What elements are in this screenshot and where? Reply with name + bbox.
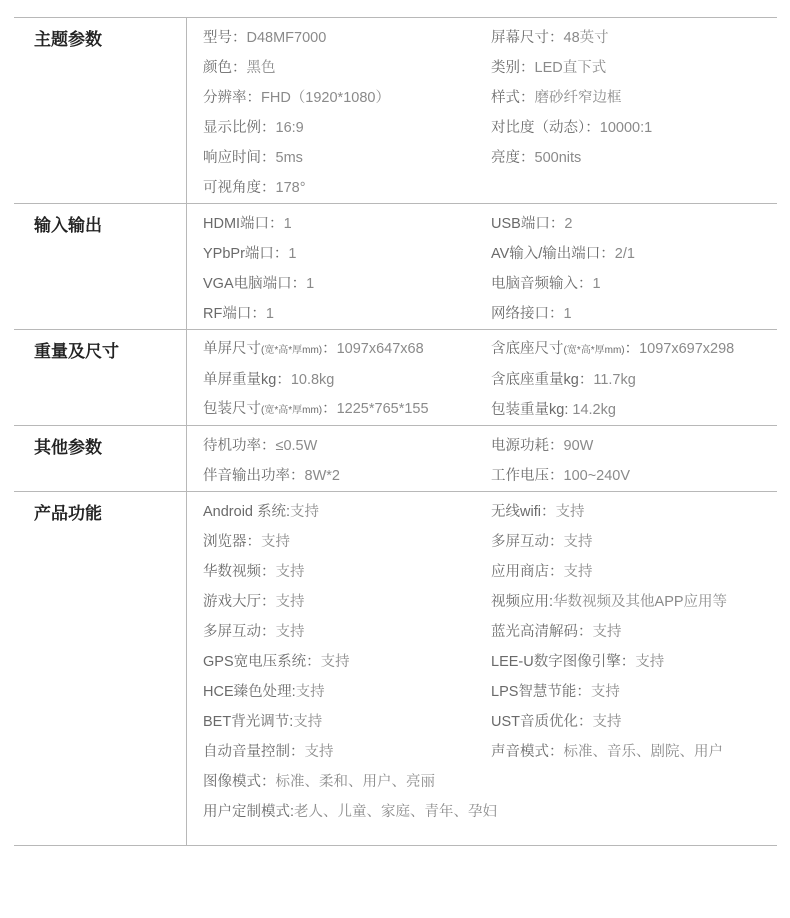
spec-value: 1 — [593, 276, 601, 292]
spec-row: BET背光调节:支持UST音质优化：支持 — [203, 707, 777, 737]
section-body: HDMI端口：1USB端口：2YPbPr端口：1AV输入/输出端口：2/1VGA… — [187, 204, 777, 329]
section-title: 输入输出 — [14, 204, 187, 329]
spec-label: 屏幕尺寸： — [491, 30, 564, 46]
spec-label: 无线wifi： — [491, 504, 555, 520]
spec-row: 响应时间：5ms亮度：500nits — [203, 143, 777, 173]
spec-label: HDMI端口： — [203, 216, 284, 232]
spec-label: 单屏重量kg： — [203, 372, 291, 388]
section-title: 其他参数 — [14, 426, 187, 491]
spec-row: 可视角度：178° — [203, 173, 777, 203]
spec-label: 自动音量控制： — [203, 744, 305, 760]
spec-item: BET背光调节:支持 — [203, 712, 491, 732]
spec-label: 包装重量kg: — [491, 402, 572, 418]
spec-row: RF端口：1网络接口：1 — [203, 299, 777, 329]
spec-item: 屏幕尺寸：48英寸 — [491, 28, 777, 48]
spec-row: VGA电脑端口：1电脑音频输入：1 — [203, 269, 777, 299]
spec-label: YPbPr端口： — [203, 246, 288, 262]
spec-item: 响应时间：5ms — [203, 148, 491, 168]
spec-item: 可视角度：178° — [203, 178, 491, 198]
spec-item: YPbPr端口：1 — [203, 244, 491, 264]
spec-row: 单屏尺寸(宽*高*厚mm)：1097x647x68含底座尺寸(宽*高*厚mm)：… — [203, 335, 777, 365]
spec-label: 电源功耗： — [491, 438, 564, 454]
spec-label-colon: ： — [322, 341, 337, 357]
spec-label: 用户定制模式: — [203, 804, 294, 820]
spec-item: 样式：磨砂纤窄边框 — [491, 88, 777, 108]
spec-value: 2/1 — [615, 246, 635, 262]
spec-value: 标准、音乐、剧院、用户 — [564, 744, 724, 760]
spec-item: 自动音量控制：支持 — [203, 742, 491, 762]
spec-item: HCE臻色处理:支持 — [203, 682, 491, 702]
spec-label: 颜色： — [203, 60, 247, 76]
spec-label-colon: ： — [625, 341, 640, 357]
spec-label: LPS智慧节能： — [491, 684, 591, 700]
spec-item: 应用商店：支持 — [491, 562, 777, 582]
spec-section: 输入输出HDMI端口：1USB端口：2YPbPr端口：1AV输入/输出端口：2/… — [14, 204, 777, 330]
spec-value: 1225*765*155 — [337, 401, 429, 417]
spec-item: 待机功率：≤0.5W — [203, 436, 491, 456]
spec-item: USB端口：2 — [491, 214, 777, 234]
spec-item: 电源功耗：90W — [491, 436, 777, 456]
spec-label: HCE臻色处理: — [203, 684, 296, 700]
spec-value: 90W — [564, 438, 594, 454]
spec-row: GPS宽电压系统：支持LEE-U数字图像引擎：支持 — [203, 647, 777, 677]
spec-value: 支持 — [276, 564, 305, 580]
spec-row: 图像模式：标准、柔和、用户、亮丽 — [203, 767, 777, 797]
spec-item: 声音模式：标准、音乐、剧院、用户 — [491, 742, 777, 762]
spec-label: 蓝光高清解码： — [491, 624, 593, 640]
spec-item: 包装重量kg: 14.2kg — [491, 400, 777, 420]
spec-label: 多屏互动： — [491, 534, 564, 550]
spec-row: 华数视频：支持应用商店：支持 — [203, 557, 777, 587]
spec-value: 支持 — [290, 504, 319, 520]
spec-item: 电脑音频输入：1 — [491, 274, 777, 294]
spec-value: 支持 — [305, 744, 334, 760]
spec-item: 包装尺寸(宽*高*厚mm)：1225*765*155 — [203, 399, 491, 421]
spec-label-unit: (宽*高*厚mm) — [261, 345, 322, 356]
spec-row: 显示比例：16:9对比度（动态）：10000:1 — [203, 113, 777, 143]
spec-item: 多屏互动：支持 — [203, 622, 491, 642]
spec-value: 178° — [276, 180, 306, 196]
spec-label: 可视角度： — [203, 180, 276, 196]
spec-row: 待机功率：≤0.5W电源功耗：90W — [203, 431, 777, 461]
spec-item: LPS智慧节能：支持 — [491, 682, 777, 702]
spec-value: 1 — [306, 276, 314, 292]
spec-value: 48英寸 — [564, 30, 609, 46]
spec-label-unit: (宽*高*厚mm) — [261, 405, 322, 416]
spec-label: 电脑音频输入： — [491, 276, 593, 292]
spec-value: 5ms — [276, 150, 303, 166]
spec-label: AV输入/输出端口： — [491, 246, 615, 262]
spec-item: 视频应用:华数视频及其他APP应用等 — [491, 592, 777, 612]
spec-label: UST音质优化： — [491, 714, 593, 730]
spec-value: 16:9 — [276, 120, 304, 136]
spec-item: 网络接口：1 — [491, 304, 777, 324]
spec-label: USB端口： — [491, 216, 564, 232]
spec-label: 包装尺寸 — [203, 401, 261, 417]
spec-section: 主题参数型号：D48MF7000屏幕尺寸：48英寸颜色：黑色类别：LED直下式分… — [14, 18, 777, 204]
spec-item: 单屏尺寸(宽*高*厚mm)：1097x647x68 — [203, 339, 491, 361]
spec-label: 多屏互动： — [203, 624, 276, 640]
spec-value: FHD（1920*1080） — [261, 90, 390, 106]
spec-value: 磨砂纤窄边框 — [535, 90, 622, 106]
spec-value: 支持 — [635, 654, 664, 670]
spec-item: 无线wifi：支持 — [491, 502, 777, 522]
section-title: 产品功能 — [14, 492, 187, 845]
section-body: Android 系统:支持无线wifi：支持浏览器：支持多屏互动：支持华数视频：… — [187, 492, 777, 845]
spec-item: AV输入/输出端口：2/1 — [491, 244, 777, 264]
spec-value: 支持 — [555, 504, 584, 520]
spec-row: 用户定制模式:老人、儿童、家庭、青年、孕妇 — [203, 797, 777, 827]
spec-item: RF端口：1 — [203, 304, 491, 324]
spec-item: 分辨率：FHD（1920*1080） — [203, 88, 491, 108]
spec-value: 支持 — [564, 534, 593, 550]
spec-row: 游戏大厅：支持视频应用:华数视频及其他APP应用等 — [203, 587, 777, 617]
spec-section: 其他参数待机功率：≤0.5W电源功耗：90W伴音输出功率：8W*2工作电压：10… — [14, 426, 777, 492]
spec-value: 1 — [288, 246, 296, 262]
spec-item: LEE-U数字图像引擎：支持 — [491, 652, 777, 672]
spec-value: 10.8kg — [291, 372, 335, 388]
spec-item: 亮度：500nits — [491, 148, 777, 168]
spec-value: 10000:1 — [600, 120, 652, 136]
spec-label: 亮度： — [491, 150, 535, 166]
spec-item: 颜色：黑色 — [203, 58, 491, 78]
spec-row: HCE臻色处理:支持 LPS智慧节能：支持 — [203, 677, 777, 707]
spec-label: 游戏大厅： — [203, 594, 276, 610]
spec-label: 网络接口： — [491, 306, 564, 322]
section-title: 主题参数 — [14, 18, 187, 203]
spec-label: LEE-U数字图像引擎： — [491, 654, 635, 670]
spec-value: 500nits — [535, 150, 582, 166]
spec-item: HDMI端口：1 — [203, 214, 491, 234]
spec-value: 支持 — [276, 594, 305, 610]
spec-item: 游戏大厅：支持 — [203, 592, 491, 612]
spec-item: Android 系统:支持 — [203, 502, 491, 522]
spec-section: 产品功能Android 系统:支持无线wifi：支持浏览器：支持多屏互动：支持华… — [14, 492, 777, 846]
spec-row: YPbPr端口：1AV输入/输出端口：2/1 — [203, 239, 777, 269]
spec-value: 老人、儿童、家庭、青年、孕妇 — [294, 804, 497, 820]
spec-value: 支持 — [321, 654, 350, 670]
spec-label: RF端口： — [203, 306, 266, 322]
spec-value: 支持 — [261, 534, 290, 550]
spec-label: 视频应用: — [491, 594, 553, 610]
spec-item: 多屏互动：支持 — [491, 532, 777, 552]
spec-item: VGA电脑端口：1 — [203, 274, 491, 294]
spec-label: GPS宽电压系统： — [203, 654, 321, 670]
spec-label: 分辨率： — [203, 90, 261, 106]
spec-value: D48MF7000 — [247, 30, 327, 46]
spec-label: 声音模式： — [491, 744, 564, 760]
spec-value: 支持 — [593, 714, 622, 730]
spec-label: 工作电压： — [491, 468, 564, 484]
spec-value: 1 — [564, 306, 572, 322]
section-body: 单屏尺寸(宽*高*厚mm)：1097x647x68含底座尺寸(宽*高*厚mm)：… — [187, 330, 777, 425]
spec-value: 100~240V — [564, 468, 631, 484]
spec-section: 重量及尺寸单屏尺寸(宽*高*厚mm)：1097x647x68含底座尺寸(宽*高*… — [14, 330, 777, 426]
spec-value: 11.7kg — [593, 372, 635, 388]
spec-value: 标准、柔和、用户、亮丽 — [276, 774, 436, 790]
spec-item: 含底座重量kg：11.7kg — [491, 370, 777, 390]
spec-row: HDMI端口：1USB端口：2 — [203, 209, 777, 239]
spec-value: 1097x647x68 — [337, 341, 424, 357]
spec-value: LED直下式 — [535, 60, 607, 76]
spec-label: 单屏尺寸 — [203, 341, 261, 357]
section-title: 重量及尺寸 — [14, 330, 187, 425]
spec-item: 蓝光高清解码：支持 — [491, 622, 777, 642]
spec-label: 显示比例： — [203, 120, 276, 136]
spec-table: 主题参数型号：D48MF7000屏幕尺寸：48英寸颜色：黑色类别：LED直下式分… — [14, 17, 777, 846]
spec-value: 支持 — [276, 624, 305, 640]
spec-value: 2 — [564, 216, 572, 232]
spec-item: 类别：LED直下式 — [491, 58, 777, 78]
spec-label: 含底座重量kg： — [491, 372, 593, 388]
spec-item: 图像模式：标准、柔和、用户、亮丽 — [203, 772, 491, 792]
spec-value: 1 — [284, 216, 292, 232]
spec-row: 浏览器：支持多屏互动：支持 — [203, 527, 777, 557]
spec-item: GPS宽电压系统：支持 — [203, 652, 491, 672]
spec-label: VGA电脑端口： — [203, 276, 306, 292]
spec-label-colon: ： — [322, 401, 337, 417]
spec-label: 含底座尺寸 — [491, 341, 564, 357]
spec-label-unit: (宽*高*厚mm) — [564, 345, 625, 356]
spec-item: 型号：D48MF7000 — [203, 28, 491, 48]
spec-label: 图像模式： — [203, 774, 276, 790]
spec-row: 单屏重量kg：10.8kg 含底座重量kg：11.7kg — [203, 365, 777, 395]
spec-row: Android 系统:支持无线wifi：支持 — [203, 497, 777, 527]
spec-item: 单屏重量kg：10.8kg — [203, 370, 491, 390]
spec-label: 类别： — [491, 60, 535, 76]
spec-item: 浏览器：支持 — [203, 532, 491, 552]
spec-row: 型号：D48MF7000屏幕尺寸：48英寸 — [203, 23, 777, 53]
spec-value: 支持 — [564, 564, 593, 580]
spec-label: 型号： — [203, 30, 247, 46]
spec-label: 浏览器： — [203, 534, 261, 550]
spec-value: 支持 — [593, 624, 622, 640]
spec-item: 含底座尺寸(宽*高*厚mm)：1097x697x298 — [491, 339, 777, 361]
spec-value: ≤0.5W — [276, 438, 318, 454]
spec-item: 工作电压：100~240V — [491, 466, 777, 486]
spec-row: 颜色：黑色类别：LED直下式 — [203, 53, 777, 83]
spec-row: 分辨率：FHD（1920*1080）样式：磨砂纤窄边框 — [203, 83, 777, 113]
spec-row: 包装尺寸(宽*高*厚mm)：1225*765*155包装重量kg: 14.2kg — [203, 395, 777, 425]
spec-label: 响应时间： — [203, 150, 276, 166]
spec-value: 1 — [266, 306, 274, 322]
spec-item: 伴音输出功率：8W*2 — [203, 466, 491, 486]
spec-item: 华数视频：支持 — [203, 562, 491, 582]
spec-value: 1097x697x298 — [639, 341, 734, 357]
spec-label: 样式： — [491, 90, 535, 106]
spec-label: Android 系统: — [203, 504, 290, 520]
spec-value: 14.2kg — [572, 402, 616, 418]
section-body: 型号：D48MF7000屏幕尺寸：48英寸颜色：黑色类别：LED直下式分辨率：F… — [187, 18, 777, 203]
spec-label: 对比度（动态）： — [491, 120, 600, 136]
section-body: 待机功率：≤0.5W电源功耗：90W伴音输出功率：8W*2工作电压：100~24… — [187, 426, 777, 491]
spec-value: 黑色 — [247, 60, 276, 76]
spec-row: 伴音输出功率：8W*2工作电压：100~240V — [203, 461, 777, 491]
spec-item: UST音质优化：支持 — [491, 712, 777, 732]
spec-value: 支持 — [296, 684, 325, 700]
spec-item: 用户定制模式:老人、儿童、家庭、青年、孕妇 — [203, 802, 491, 822]
spec-item: 对比度（动态）：10000:1 — [491, 118, 777, 138]
spec-label: 伴音输出功率： — [203, 468, 305, 484]
spec-value: 支持 — [591, 684, 620, 700]
spec-label: 待机功率： — [203, 438, 276, 454]
spec-value: 支持 — [293, 714, 322, 730]
spec-value: 华数视频及其他APP应用等 — [553, 594, 727, 610]
spec-row: 多屏互动：支持蓝光高清解码：支持 — [203, 617, 777, 647]
spec-value: 8W*2 — [305, 468, 340, 484]
spec-label: BET背光调节: — [203, 714, 293, 730]
spec-label: 华数视频： — [203, 564, 276, 580]
spec-item: 显示比例：16:9 — [203, 118, 491, 138]
spec-row: 自动音量控制：支持声音模式：标准、音乐、剧院、用户 — [203, 737, 777, 767]
spec-label: 应用商店： — [491, 564, 564, 580]
